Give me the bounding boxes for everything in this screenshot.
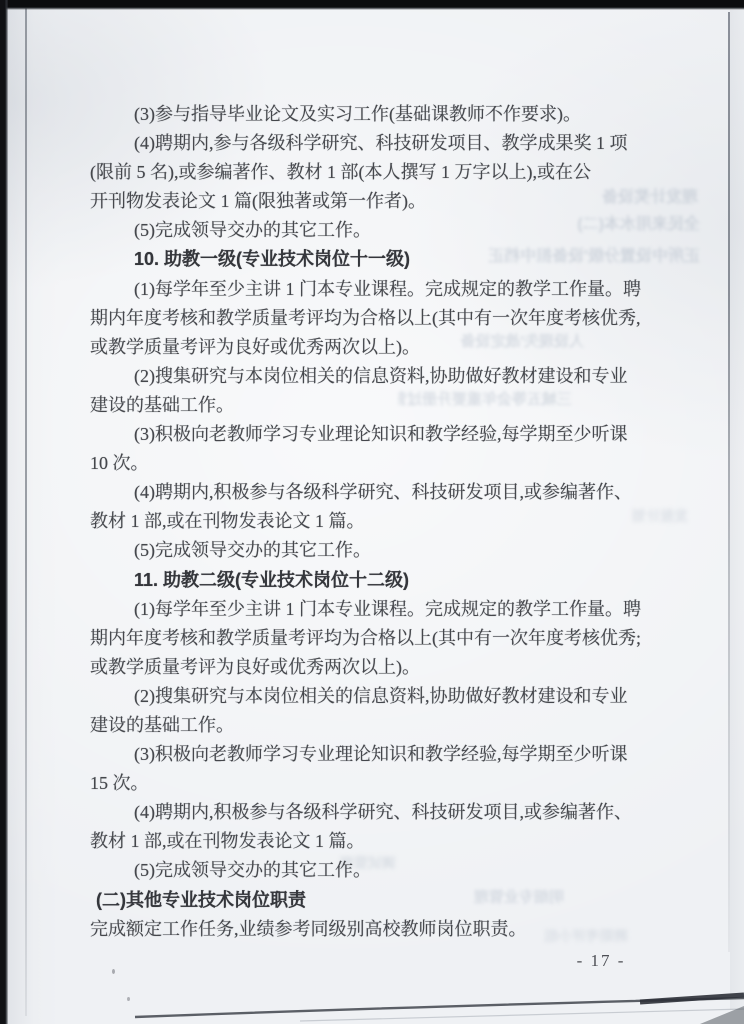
text-line: 期内年度考核和教学质量考评均为合格以上(其中有一次年度考核优秀, — [90, 304, 668, 333]
text-line: (4)聘期内,参与各级科学研究、科技研发项目、教学成果奖 1 项 — [90, 129, 668, 158]
scan-speck — [112, 969, 115, 974]
page-number: - 17 - — [566, 951, 636, 971]
text-line: 教材 1 部,或在刊物发表论文 1 篇。 — [90, 827, 668, 856]
text-line: 或教学质量考评为良好或优秀两次以上)。 — [90, 653, 668, 682]
text-line: 教材 1 部,或在刊物发表论文 1 篇。 — [90, 507, 668, 536]
text-line: 开刊物发表论文 1 篇(限独著或第一作者)。 — [90, 187, 668, 216]
text-line: (5)完成领导交办的其它工作。 — [90, 536, 668, 565]
scan-top-edge — [0, 0, 744, 10]
text-line: (3)积极向老教师学习专业理论知识和教学经验,每学期至少听课 — [90, 740, 668, 769]
page-fold-line — [25, 8, 27, 1016]
text-line: 10 次。 — [90, 449, 668, 478]
text-line: 期内年度考核和教学质量考评均为合格以上(其中有一次年度考核优秀; — [90, 624, 668, 653]
text-line: (4)聘期内,积极参与各级科学研究、科技研发项目,或参编著作、 — [90, 478, 668, 507]
page-right-shade — [730, 10, 744, 1010]
page-right-edge-line — [728, 12, 730, 952]
section-heading: 11. 助教二级(专业技术岗位十二级) — [90, 566, 668, 595]
text-line: 完成额定工作任务,业绩参考同级别高校教师岗位职责。 — [90, 915, 668, 944]
text-line: (2)搜集研究与本岗位相关的信息资料,协助做好教材建设和专业 — [90, 362, 668, 391]
text-line: 建设的基础工作。 — [90, 391, 668, 420]
text-line: (5)完成领导交办的其它工作。 — [90, 216, 668, 245]
text-line: (限前 5 名),或参编著作、教材 1 部(本人撰写 1 万字以上),或在公 — [90, 158, 668, 187]
text-line: 15 次。 — [90, 769, 668, 798]
text-line: (4)聘期内,积极参与各级科学研究、科技研发项目,或参编著作、 — [90, 798, 668, 827]
text-line: (1)每学年至少主讲 1 门本专业课程。完成规定的教学工作量。聘 — [90, 275, 668, 304]
text-line: (3)参与指导毕业论文及实习工作(基础课教师不作要求)。 — [90, 100, 668, 129]
text-line: 或教学质量考评为良好或优秀两次以上)。 — [90, 333, 668, 362]
text-line: (2)搜集研究与本岗位相关的信息资料,协助做好教材建设和专业 — [90, 682, 668, 711]
section-heading: 10. 助教一级(专业技术岗位十一级) — [90, 245, 668, 274]
page-bottom-edge — [0, 984, 744, 1024]
text-line: (1)每学年至少主讲 1 门本专业课程。完成规定的教学工作量。聘 — [90, 595, 668, 624]
text-line: 建设的基础工作。 — [90, 711, 668, 740]
text-block: (3)参与指导毕业论文及实习工作(基础课教师不作要求)。(4)聘期内,参与各级科… — [90, 100, 668, 944]
text-line: (3)积极向老教师学习专业理论知识和教学经验,每学期至少听课 — [90, 420, 668, 449]
text-line: (5)完成领导交办的其它工作。 — [90, 856, 668, 885]
scan-left-edge — [0, 0, 8, 1024]
section-heading: (二)其他专业技术岗位职责 — [90, 886, 668, 915]
